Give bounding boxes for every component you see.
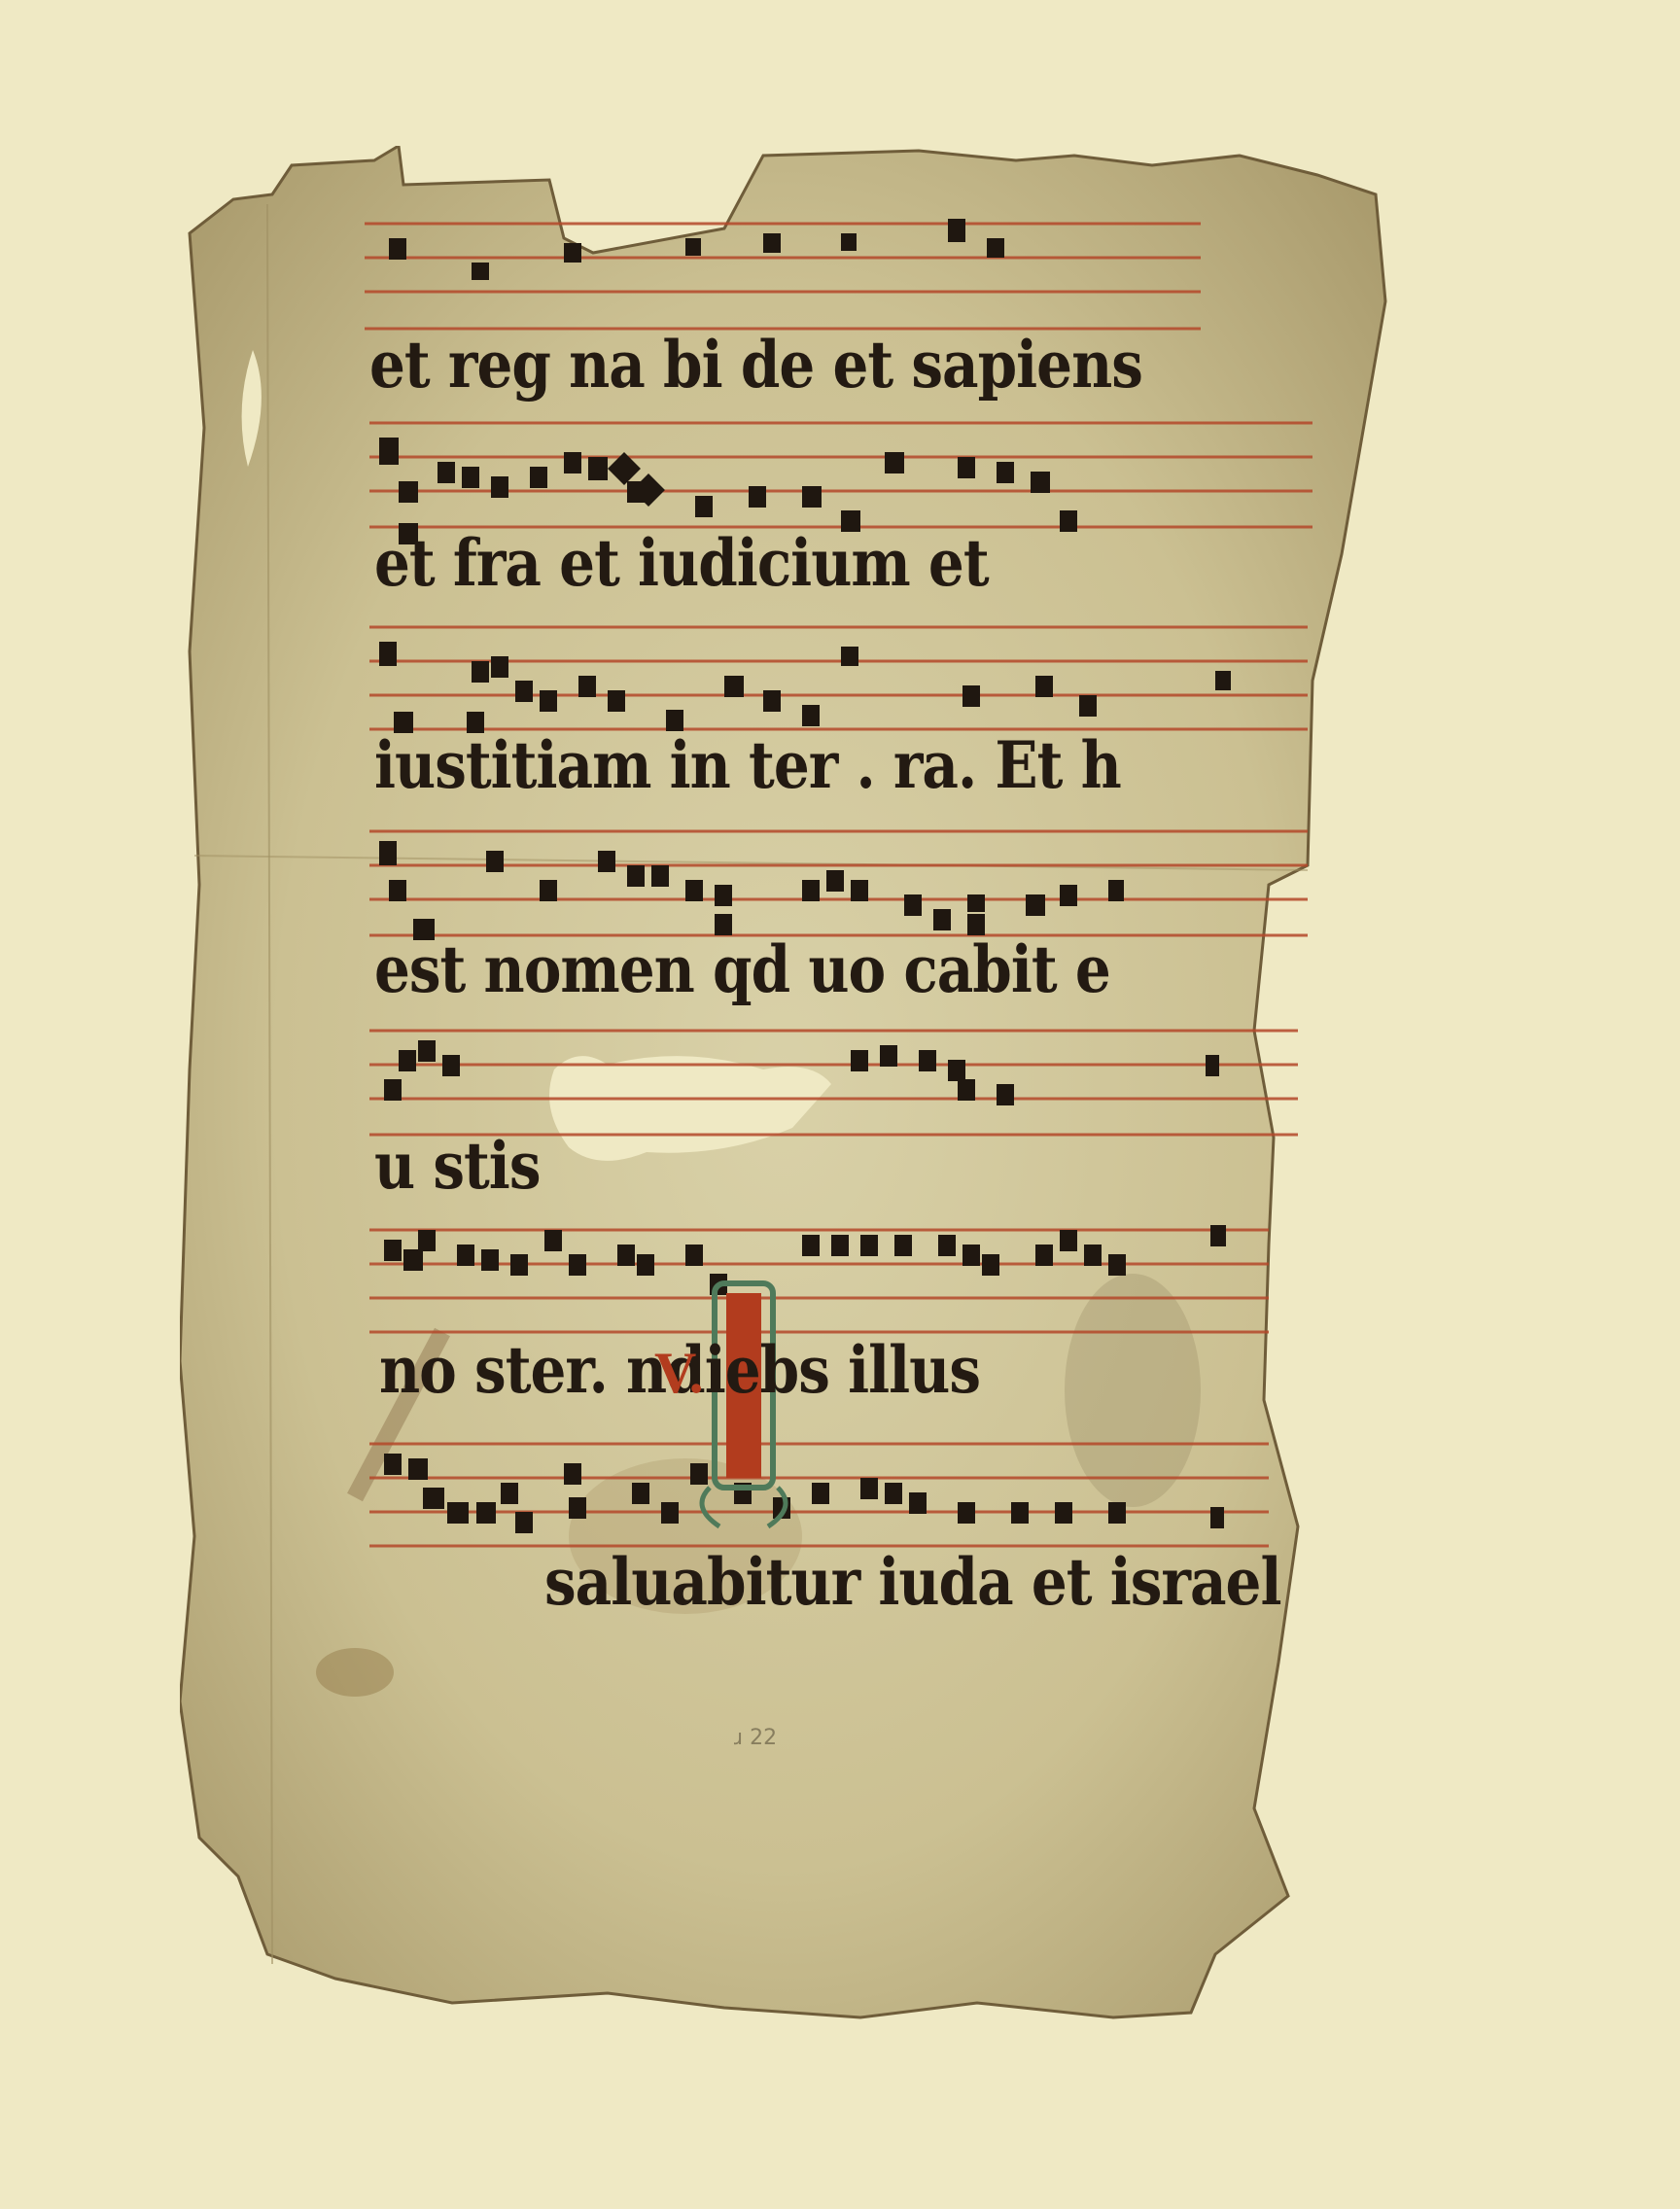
lyric-line-3: iustitiam in ter . ra. Et h xyxy=(374,727,1121,803)
pencil-annotation: ɹ 22 xyxy=(734,1726,777,1750)
manuscript-leaf: et reg na bi de et sapiens et fra et iud… xyxy=(180,146,1517,2032)
lyric-line-5: u stis xyxy=(374,1128,541,1204)
parchment-shape xyxy=(180,146,1517,2032)
rubric-versicle: V. xyxy=(654,1344,704,1402)
lyric-line-4: est nomen qd uo cabit e xyxy=(374,931,1110,1007)
lyric-line-1: et reg na bi de et sapiens xyxy=(369,327,1142,403)
lyric-line-7: saluabitur iuda et israel xyxy=(544,1544,1281,1620)
lyric-line-2: et fra et iudicium et xyxy=(374,525,989,601)
